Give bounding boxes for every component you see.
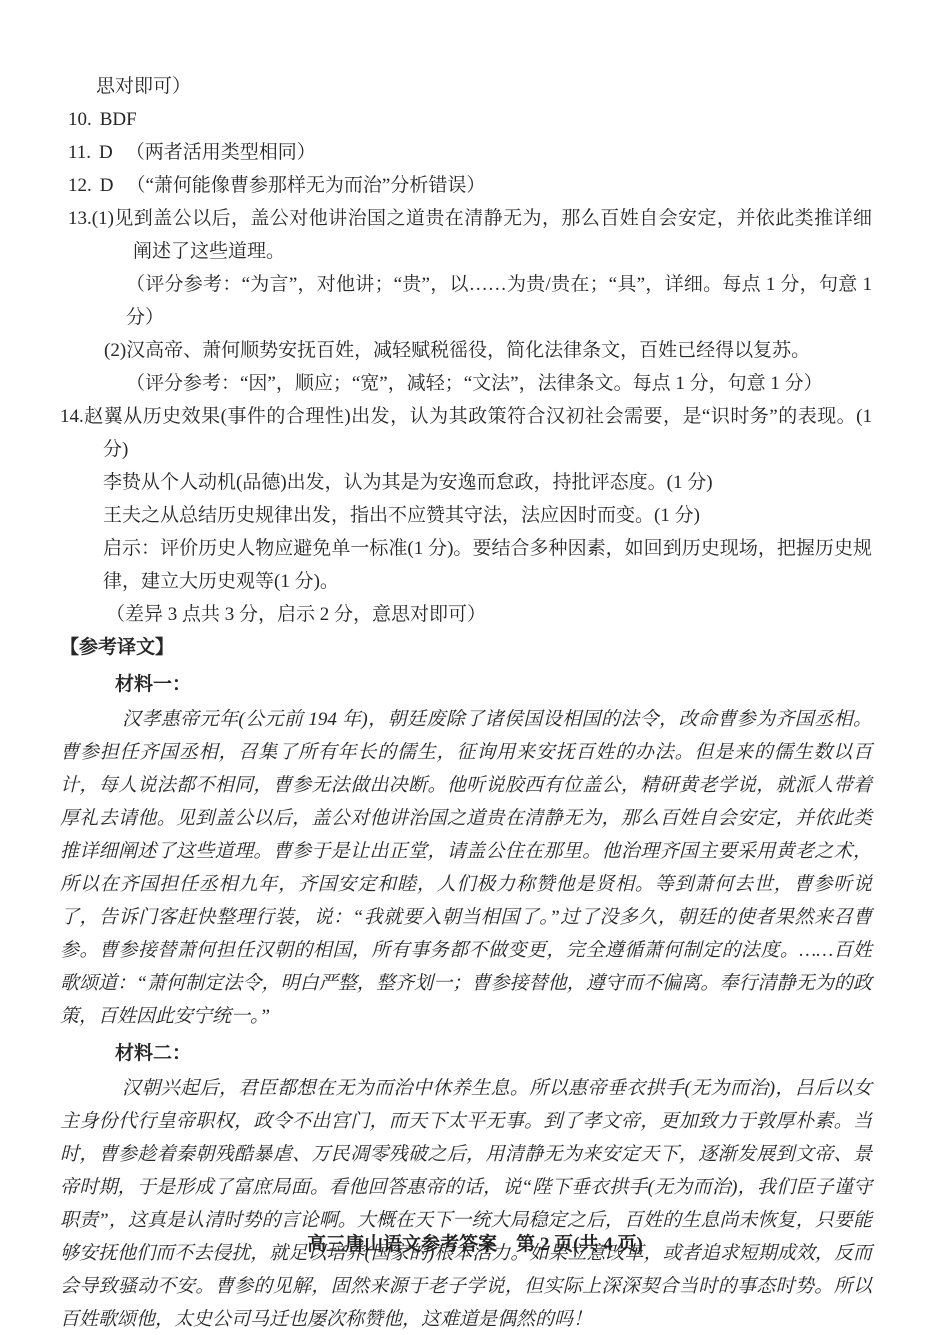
material-2-label: 材料二：: [60, 1037, 872, 1070]
answer-letter: D: [100, 175, 114, 196]
answer-note: （“萧何能像曹参那样无为而治”分析错误）: [126, 175, 485, 196]
answer-item-13-part2: (2)汉高帝、萧何顺势安抚百姓，减轻赋税徭役，简化法律条文，百姓已经得以复苏。: [60, 334, 872, 367]
answer-item-13-part1: 13.(1)见到盖公以后，盖公对他讲治国之道贵在清静无为，那么百姓自会安定，并依…: [68, 202, 872, 268]
answer-item-14-line1: 14.赵翼从历史效果(事件的合理性)出发，认为其政策符合汉初社会需要，是“识时务…: [60, 400, 872, 466]
material-1-label: 材料一：: [60, 668, 872, 701]
question-number: 11.: [68, 142, 91, 163]
answer-letter: D: [99, 142, 113, 163]
question-number: 12.: [68, 175, 92, 196]
material-1-translation: 汉孝惠帝元年(公元前 194 年)，朝廷废除了诸侯国设相国的法令，改命曹参为齐国…: [60, 703, 872, 1033]
answer-item-14-line2: 李贽从个人动机(品德)出发，认为其是为安逸而怠政，持批评态度。(1 分): [60, 466, 872, 499]
material-2-translation: 汉朝兴起后，君臣都想在无为而治中休养生息。所以惠帝垂衣拱手(无为而治)，吕后以女…: [60, 1072, 872, 1335]
answer-item-11: 11.D（两者活用类型相同）: [60, 136, 872, 169]
scoring-note-13-2: （评分参考：“因”，顺应；“宽”，减轻；“文法”，法律条文。每点 1 分，句意 …: [60, 367, 872, 400]
question-number: 10.: [68, 109, 92, 130]
carryover-line: 思对即可）: [60, 70, 872, 103]
answer-letters: BDF: [100, 109, 137, 130]
page-footer: 高三唐山语文参考答案 第 2 页(共 4 页): [0, 1228, 950, 1261]
answer-item-10: 10.BDF: [60, 103, 872, 136]
answer-item-12: 12.D（“萧何能像曹参那样无为而治”分析错误）: [60, 169, 872, 202]
answer-item-14-line4: 启示：评价历史人物应避免单一标准(1 分)。要结合多种因素，如回到历史现场，把握…: [60, 532, 872, 598]
answer-item-14-line3: 王夫之从总结历史规律出发，指出不应赞其守法，法应因时而变。(1 分): [60, 499, 872, 532]
scoring-note-13-1: （评分参考：“为言”，对他讲；“贵”，以……为贵/贵在；“具”，详细。每点 1 …: [60, 268, 872, 334]
answer-note: （两者活用类型相同）: [126, 142, 316, 163]
scoring-note-14: （差异 3 点共 3 分，启示 2 分，意思对即可）: [60, 598, 872, 631]
reference-translation-heading: 【参考译文】: [60, 631, 872, 664]
answer-key-page: 思对即可） 10.BDF 11.D（两者活用类型相同） 12.D（“萧何能像曹参…: [0, 0, 950, 1335]
